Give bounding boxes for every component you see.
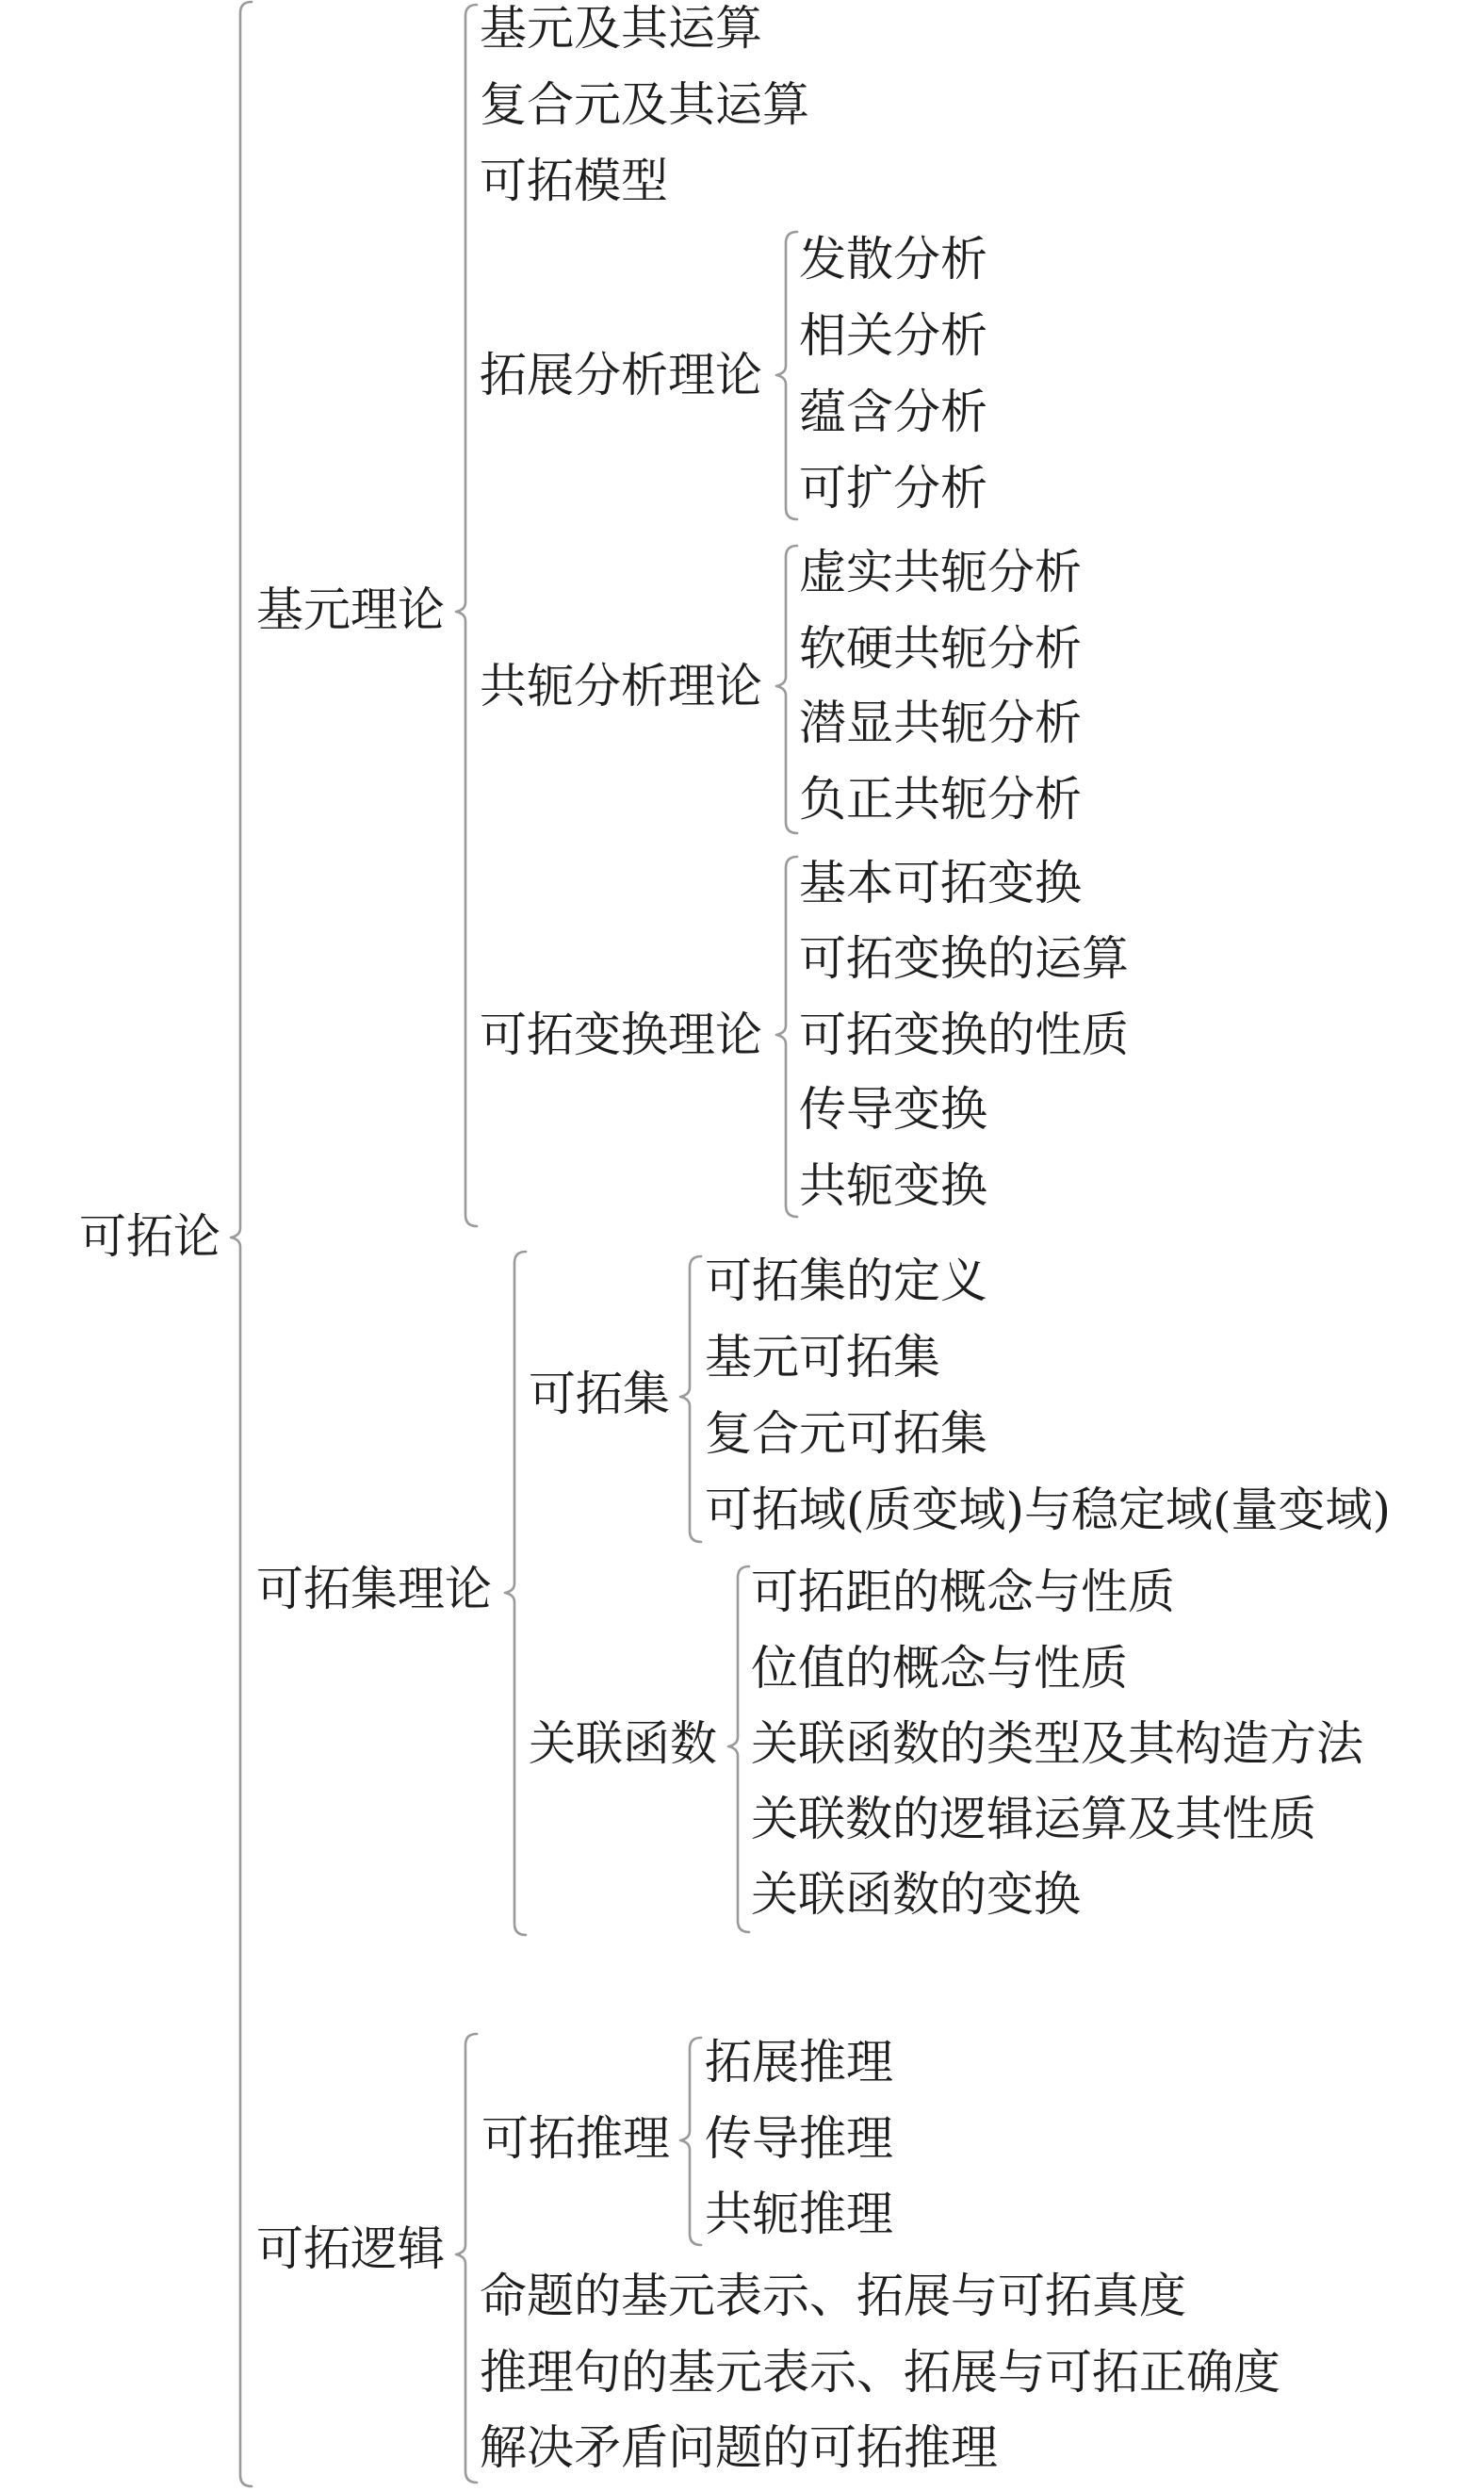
node-root: 可拓论 bbox=[79, 1208, 220, 1265]
topic-extension-set: 可拓集 bbox=[529, 1366, 670, 1422]
leaf-conductive-transformation: 传导变换 bbox=[799, 1081, 987, 1138]
brace-extension-logic bbox=[456, 2034, 477, 2483]
leaf-extension-field-stable-field: 可拓域(质变域)与稳定域(量变域) bbox=[705, 1482, 1391, 1538]
branch-basic-element-theory: 基元理论 bbox=[256, 582, 445, 638]
leaf-expansion-reasoning: 拓展推理 bbox=[705, 2034, 893, 2090]
topic-inference-sentence-representation: 推理句的基元表示、拓展与可拓正确度 bbox=[480, 2344, 1280, 2401]
topic-extension-reasoning: 可拓推理 bbox=[481, 2110, 670, 2167]
brace-extension-set-theory bbox=[505, 1252, 526, 1935]
leaf-compound-element-extension-set: 复合元可拓集 bbox=[705, 1405, 987, 1462]
brace-extension-set bbox=[680, 1256, 701, 1542]
leaf-latent-apparent-conjugate: 潜显共轭分析 bbox=[799, 695, 1082, 751]
brace-extension-analysis-theory bbox=[776, 232, 797, 519]
extenics-tree-diagram: 可拓论 基元理论 可拓集理论 可拓逻辑 基元及其运算 复合元及其运算 可拓模型 … bbox=[0, 0, 1484, 2491]
leaf-conjugate-reasoning: 共轭推理 bbox=[705, 2186, 893, 2242]
leaf-conductive-reasoning: 传导推理 bbox=[705, 2110, 893, 2167]
topic-conjugate-analysis-theory: 共轭分析理论 bbox=[480, 658, 762, 714]
brace-dependent-function bbox=[728, 1566, 749, 1932]
leaf-soft-hard-conjugate: 软硬共轭分析 bbox=[799, 620, 1082, 677]
leaf-opening-up-analysis: 可扩分析 bbox=[799, 460, 987, 516]
brace-extension-reasoning bbox=[680, 2038, 701, 2245]
leaf-dependent-degree-logic-operations: 关联数的逻辑运算及其性质 bbox=[751, 1791, 1316, 1847]
leaf-negative-positive-conjugate: 负正共轭分析 bbox=[799, 771, 1082, 828]
topic-basic-element-operations: 基元及其运算 bbox=[480, 0, 762, 57]
brace-root bbox=[231, 2, 252, 2486]
leaf-extension-distance: 可拓距的概念与性质 bbox=[751, 1564, 1175, 1620]
topic-contradiction-solving-reasoning: 解决矛盾问题的可拓推理 bbox=[480, 2419, 998, 2476]
topic-extension-transformation-theory: 可拓变换理论 bbox=[480, 1007, 762, 1063]
topic-proposition-representation: 命题的基元表示、拓展与可拓真度 bbox=[480, 2268, 1186, 2324]
leaf-place-value: 位值的概念与性质 bbox=[751, 1640, 1128, 1696]
brace-extension-transformation-theory bbox=[776, 857, 797, 1217]
leaf-transformation-properties: 可拓变换的性质 bbox=[799, 1007, 1129, 1063]
leaf-dependent-function-transformation: 关联函数的变换 bbox=[751, 1866, 1081, 1923]
branch-extension-set-theory: 可拓集理论 bbox=[256, 1561, 492, 1617]
leaf-divergence-analysis: 发散分析 bbox=[799, 231, 987, 287]
topic-extension-model: 可拓模型 bbox=[480, 153, 668, 209]
leaf-dependent-function-types: 关联函数的类型及其构造方法 bbox=[751, 1715, 1363, 1772]
leaf-conjugate-transformation: 共轭变换 bbox=[799, 1157, 987, 1214]
leaf-transformation-operations: 可拓变换的运算 bbox=[799, 930, 1129, 987]
leaf-imaginary-real-conjugate: 虚实共轭分析 bbox=[799, 544, 1082, 600]
topic-extension-analysis-theory: 拓展分析理论 bbox=[480, 347, 762, 403]
topic-dependent-function: 关联函数 bbox=[529, 1715, 717, 1772]
leaf-basic-extension-transformation: 基本可拓变换 bbox=[799, 855, 1082, 911]
branch-extension-logic: 可拓逻辑 bbox=[256, 2221, 445, 2277]
leaf-implication-analysis: 蕴含分析 bbox=[799, 384, 987, 440]
leaf-correlation-analysis: 相关分析 bbox=[799, 307, 987, 364]
leaf-extension-set-definition: 可拓集的定义 bbox=[705, 1253, 987, 1309]
brace-conjugate-analysis-theory bbox=[776, 546, 797, 833]
topic-compound-element-operations: 复合元及其运算 bbox=[480, 76, 809, 133]
brace-basic-element-theory bbox=[456, 5, 477, 1226]
leaf-basic-element-extension-set: 基元可拓集 bbox=[705, 1329, 940, 1385]
